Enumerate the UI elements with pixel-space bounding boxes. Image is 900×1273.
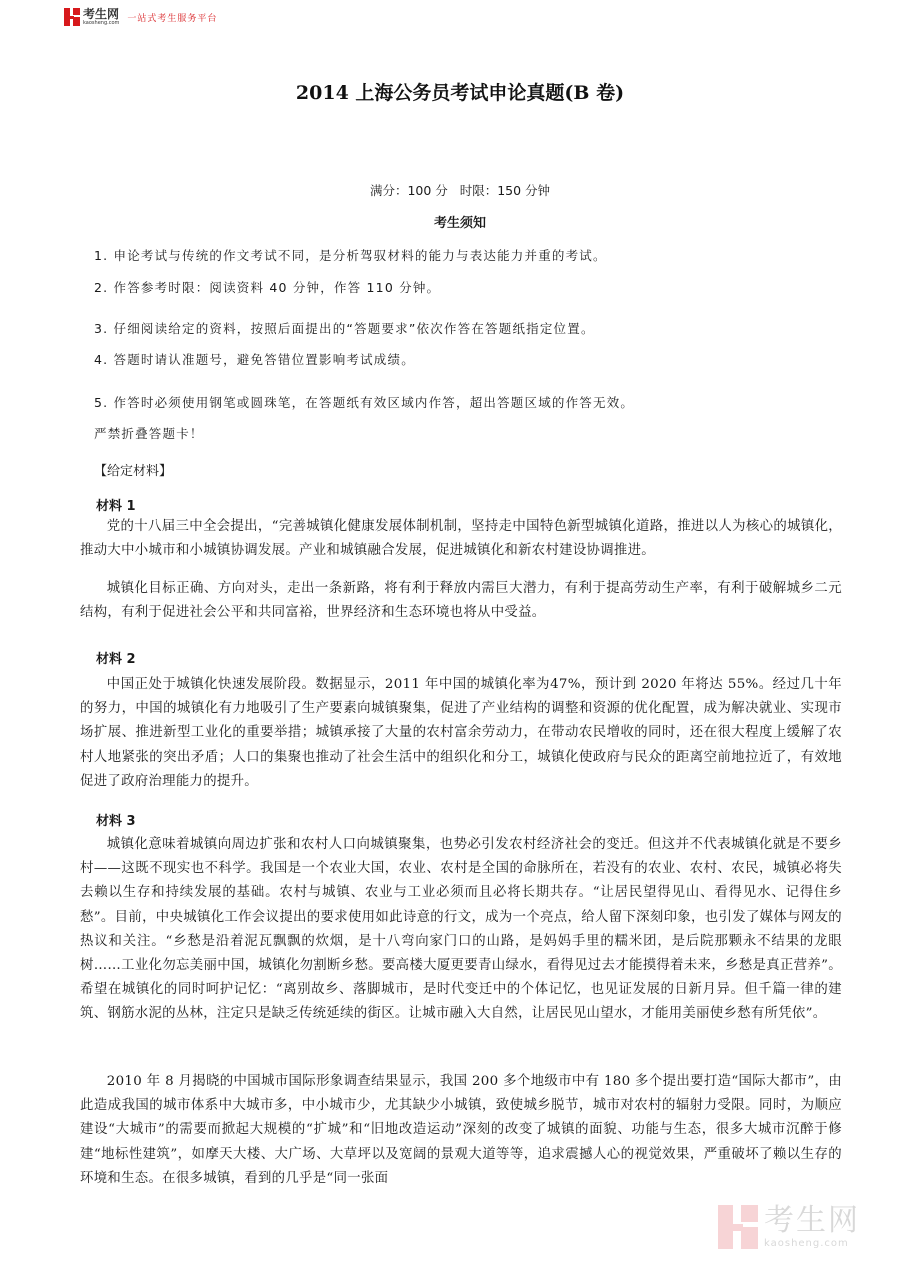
logo-en-text: kaosheng.com	[83, 21, 119, 26]
site-logo-header[interactable]: 考生网 kaosheng.com 一站式考生服务平台	[64, 6, 217, 28]
material-1-paragraph-1: 党的十八届三中全会提出，“完善城镇化健康发展体制机制，坚持走中国特色新型城镇化道…	[80, 515, 842, 563]
notice-item-4: 4. 答题时请认准题号，避免答错位置影响考试成绩。	[94, 350, 415, 368]
site-slogan: 一站式考生服务平台	[127, 11, 217, 24]
material-3-paragraph-1: 城镇化意味着城镇向周边扩张和农村人口向城镇聚集，也势必引发农村经济社会的变迁。但…	[80, 833, 842, 1027]
material-1-paragraph-2: 城镇化目标正确、方向对头，走出一条新路，将有利于释放内需巨大潜力，有利于提高劳动…	[80, 577, 842, 625]
material-3-paragraph-2: 2010 年 8 月揭晓的中国城市国际形象调查结果显示，我国 200 多个地级市…	[80, 1070, 842, 1191]
notice-item-2: 2. 作答参考时限：阅读资料 40 分钟，作答 110 分钟。	[94, 278, 440, 296]
watermark-logo: 考生网 kaosheng.com	[718, 1205, 860, 1249]
watermark-en-text: kaosheng.com	[764, 1239, 860, 1249]
notice-item-3: 3. 仔细阅读给定的资料，按照后面提出的“答题要求”依次作答在答题纸指定位置。	[94, 319, 595, 337]
watermark-wordmark: 考生网 kaosheng.com	[764, 1206, 860, 1249]
material-2-title: 材料 2	[96, 648, 136, 667]
notice-heading: 考生须知	[0, 212, 900, 231]
notice-item-1: 1. 申论考试与传统的作文考试不同，是分析驾驭材料的能力与表达能力并重的考试。	[94, 246, 607, 264]
material-3-title: 材料 3	[96, 810, 136, 829]
watermark-cn-text: 考生网	[764, 1206, 860, 1236]
notice-item-5: 5. 作答时必须使用钢笔或圆珠笔，在答题纸有效区域内作答，超出答题区域的作答无效…	[94, 393, 634, 411]
given-materials-label: 【给定材料】	[94, 460, 172, 479]
material-2-paragraph-1: 中国正处于城镇化快速发展阶段。数据显示，2011 年中国的城镇化率为47%，预计…	[80, 673, 842, 794]
logo-wordmark: 考生网 kaosheng.com	[83, 8, 119, 26]
score-and-time-limit: 满分：100 分 时限：150 分钟	[0, 181, 900, 199]
logo-cn-text: 考生网	[83, 8, 119, 20]
kaosheng-logo-icon	[64, 8, 80, 26]
document-title: 2014 上海公务员考试申论真题(B 卷)	[0, 78, 900, 105]
notice-warning: 严禁折叠答题卡！	[94, 424, 204, 442]
material-1-title: 材料 1	[96, 495, 136, 514]
kaosheng-watermark-icon	[718, 1205, 758, 1249]
